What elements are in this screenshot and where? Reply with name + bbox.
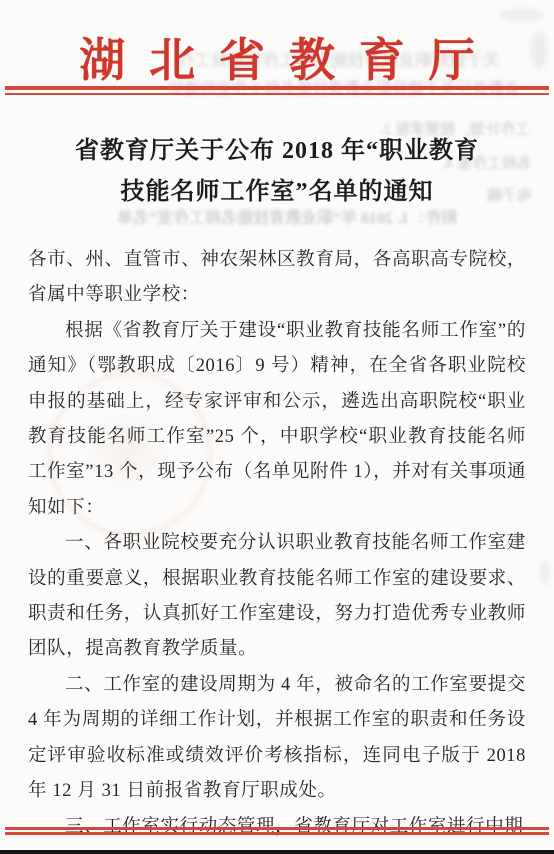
header-rule-thick (5, 86, 549, 90)
body-paragraph: 一、各职业院校要充分认识职业教育技能名师工作室建设的重要意义，根据职业教育技能名… (28, 526, 526, 668)
scan-smudge (540, 560, 550, 586)
body-paragraph: 根据《省教育厅关于建设“职业教育技能名师工作室”的通知》（鄂教职成〔2016〕9… (28, 314, 526, 526)
notice-title: 省教育厅关于公布 2018 年“职业教育 技能名师工作室”名单的通知 (20, 131, 534, 213)
scanned-notice-page: 关于做好职业教育技能名师工作室建设工作 省教育厅关于建设职业教育技能名师工作室的… (0, 0, 554, 854)
body-paragraph: 二、工作室的建设周期为 4 年，被命名的工作室要提交 4 年为周期的详细工作计划… (28, 668, 526, 810)
notice-title-line2: 技能名师工作室”名单的通知 (20, 172, 534, 213)
scan-bottom-edge (0, 850, 554, 854)
notice-title-line1: 省教育厅关于公布 2018 年“职业教育 (20, 131, 534, 172)
footer-rule-bottom (5, 832, 549, 835)
header-rule-thin (5, 93, 549, 95)
footer-rule-top (5, 827, 549, 830)
document-body: 各市、州、直管市、神农架林区教育局，各高职高专院校，省属中等职业学校： 根据《省… (28, 243, 526, 845)
letterhead: 湖北省教育厅 (0, 24, 554, 90)
salutation: 各市、州、直管市、神农架林区教育局，各高职高专院校，省属中等职业学校： (28, 243, 526, 314)
scan-smudge (498, 8, 544, 22)
agency-name: 湖北省教育厅 (55, 24, 498, 90)
